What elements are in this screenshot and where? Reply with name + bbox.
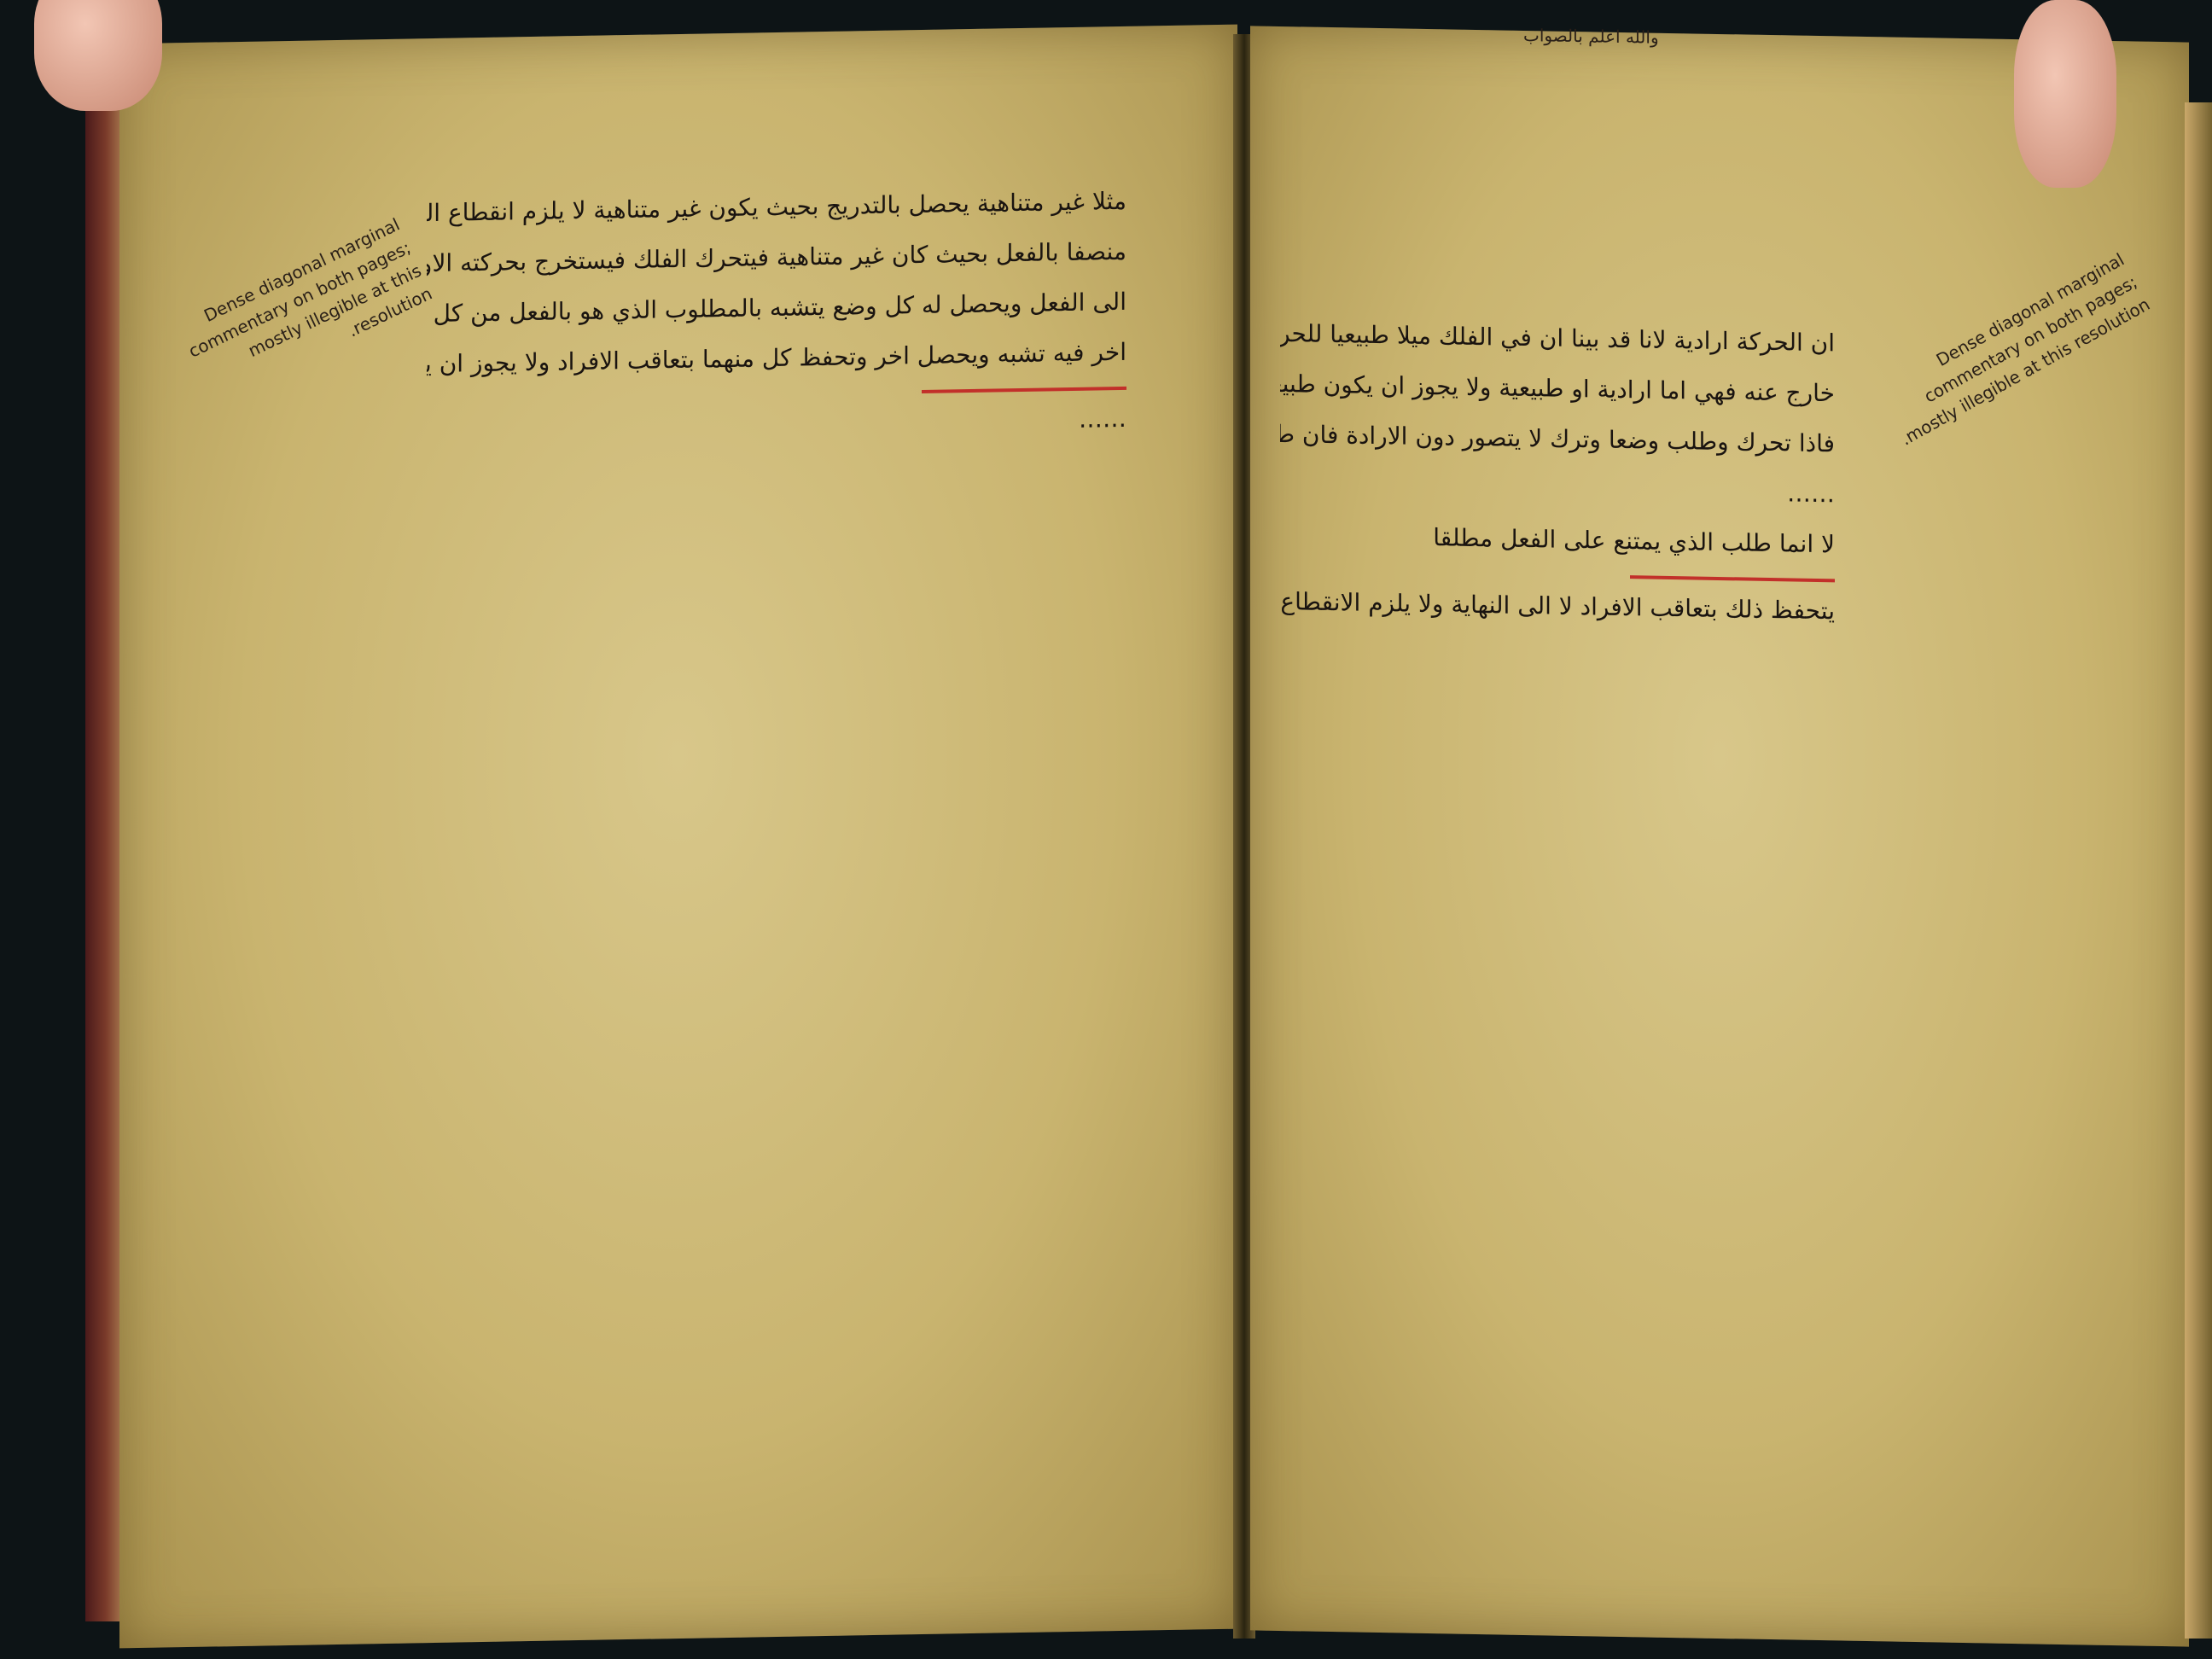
left-page: مثلا غير متناهية يحصل بالتدريج بحيث يكون… bbox=[119, 25, 1237, 1649]
margin-gloss: Dense diagonal marginal commentary on bo… bbox=[1865, 247, 2154, 455]
text-line: فاذا تحرك وطلب وضعا وترك لا يتصور دون ال… bbox=[1280, 409, 1835, 469]
margin-gloss: Dense diagonal marginal commentary on bo… bbox=[161, 212, 437, 416]
rubric-overline bbox=[1630, 575, 1835, 582]
right-hand bbox=[2014, 0, 2116, 188]
left-main-text: مثلا غير متناهية يحصل بالتدريج بحيث يكون… bbox=[427, 176, 1126, 456]
left-hand bbox=[34, 0, 162, 111]
text-line: لا انما طلب الذي يمتنع على الفعل مطلقا bbox=[1280, 509, 1835, 569]
text-line: …… bbox=[427, 393, 1126, 456]
manuscript-spread: مثلا غير متناهية يحصل بالتدريج بحيث يكون… bbox=[85, 34, 2159, 1639]
right-page: والله اعلم بالصواب ان الحركة ارادية لانا… bbox=[1250, 26, 2189, 1646]
right-main-text: ان الحركة ارادية لانا قد بينا ان في الفل… bbox=[1280, 308, 1835, 636]
text-line: يتحفظ ذلك بتعاقب الافراد لا الى النهاية … bbox=[1280, 576, 1835, 636]
binding-edge-right bbox=[2185, 102, 2212, 1639]
header-note: والله اعلم بالصواب bbox=[1523, 22, 1659, 50]
rubric-overline bbox=[922, 387, 1126, 393]
